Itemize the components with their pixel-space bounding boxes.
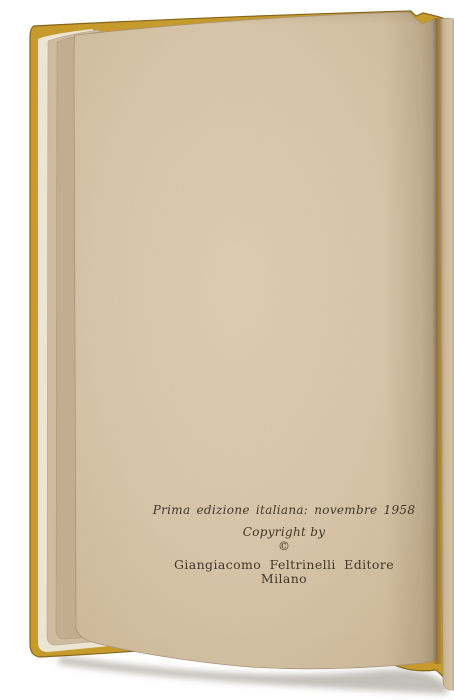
page-grain-texture	[70, 10, 440, 670]
gutter-crease	[432, 18, 443, 664]
book-photo: Prima edizione italiana: novembre 1958 C…	[0, 0, 454, 700]
book-illustration	[0, 0, 454, 700]
